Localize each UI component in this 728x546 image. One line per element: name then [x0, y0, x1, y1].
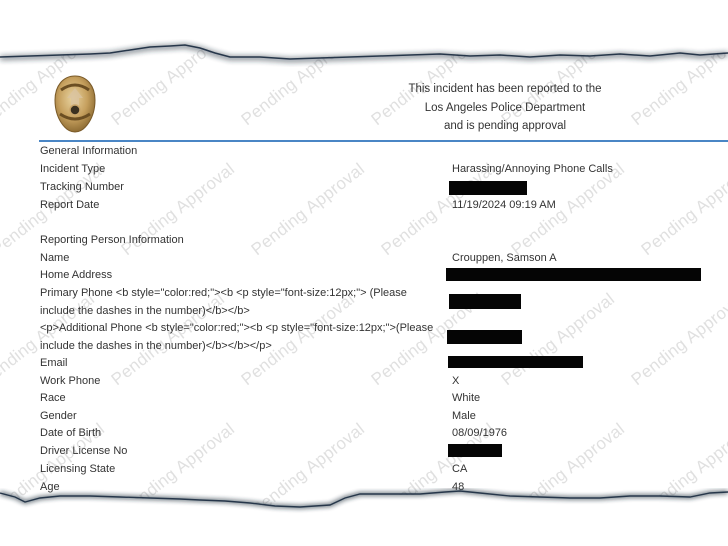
incident-type-value: Harassing/Annoying Phone Calls: [452, 163, 613, 175]
notice-line-3: and is pending approval: [380, 117, 630, 136]
additional-phone-redacted: [447, 330, 522, 344]
email-redacted: [448, 356, 583, 368]
torn-paper-bottom-edge: [0, 488, 728, 546]
home-address-redacted: [446, 268, 701, 281]
home-address-label: Home Address: [40, 269, 112, 281]
incident-type-label: Incident Type: [40, 163, 105, 175]
name-value: Crouppen, Samson A: [452, 252, 557, 264]
work-phone-value: X: [452, 375, 459, 387]
notice-line-2: Los Angeles Police Department: [380, 99, 630, 118]
torn-paper-top-edge: [0, 0, 728, 80]
race-label: Race: [40, 392, 66, 404]
race-value: White: [452, 392, 480, 404]
tracking-number-redacted: [449, 181, 527, 195]
lapd-badge-logo: [53, 74, 97, 134]
primary-phone-redacted: [449, 294, 521, 309]
watermark-text: Pending Approval: [248, 159, 369, 260]
section-title-general: General Information: [40, 145, 137, 157]
additional-phone-label: <p>Additional Phone <b style="color:red;…: [40, 320, 435, 355]
licensing-state-value: CA: [452, 463, 467, 475]
licensing-state-label: Licensing State: [40, 463, 115, 475]
gender-value: Male: [452, 410, 476, 422]
watermark-text: Pending Approval: [628, 289, 728, 390]
watermark-text: Pending Approval: [638, 159, 728, 260]
work-phone-label: Work Phone: [40, 375, 100, 387]
police-report-document: Pending ApprovalPending ApprovalPending …: [0, 0, 728, 546]
date-of-birth-value: 08/09/1976: [452, 427, 507, 439]
gender-label: Gender: [40, 410, 77, 422]
report-date-value: 11/19/2024 09:19 AM: [452, 199, 556, 211]
primary-phone-label: Primary Phone <b style="color:red;"><b <…: [40, 285, 435, 320]
date-of-birth-label: Date of Birth: [40, 427, 101, 439]
report-date-label: Report Date: [40, 199, 99, 211]
driver-license-label: Driver License No: [40, 445, 127, 457]
header-divider: [39, 140, 728, 142]
pending-approval-notice: This incident has been reported to the L…: [380, 80, 630, 136]
notice-line-1: This incident has been reported to the: [380, 80, 630, 99]
driver-license-redacted: [448, 444, 502, 457]
email-label: Email: [40, 357, 68, 369]
section-title-reporting-person: Reporting Person Information: [40, 234, 184, 246]
tracking-number-label: Tracking Number: [40, 181, 124, 193]
name-label: Name: [40, 252, 69, 264]
